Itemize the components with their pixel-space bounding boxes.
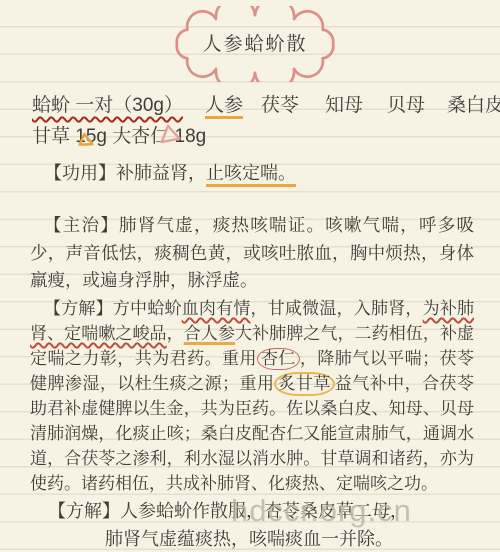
fangjie-underline-1: 血肉有情 [182,299,251,318]
ingredient-zhimu: 知母 [325,95,363,116]
fangjie-label: 【方解】 [44,299,113,318]
gongyong-highlight: 止咳定喘。 [206,163,296,183]
ingredient-beimu: 贝母 [387,95,425,116]
title-bubble: 人参蛤蚧散 [160,6,350,82]
ingredient-sangbaipi: 桑白皮 各6g [447,95,500,116]
gongyong-text: 补肺益肾， [116,163,206,183]
zhuzhi-paragraph: 【主治】肺肾气虚，痰热咳喘证。咳嗽气喘，呼多吸少，声音低怯，痰稠色黄，或咳吐脓血… [30,212,474,295]
fangjie-paragraph: 【方解】方中蛤蚧血肉有情，甘咸微温，入肺肾，为补肺肾、定喘嗽之峻品，合人参大补肺… [30,296,474,496]
ingredient-renshen: 人参 [205,95,243,116]
fangge-verse-2: 肺肾气虚蕴痰热，咳喘痰血一并除。 [105,529,393,549]
watermark: hdccr.org.cn [231,493,412,529]
fangjie-circled-zhigancao: 炙甘草 [274,372,334,396]
fangge-label: 【方解】 [48,501,120,521]
fangjie-circled-xingren: 杏仁 [257,348,300,370]
ingredient-gejie: 蛤蚧 一对（30g） [32,95,183,116]
fangjie-seg3: ， [167,324,184,343]
page-title: 人参蛤蚧散 [160,6,350,78]
gongyong-paragraph: 【功用】补肺益肾，止咳定喘。 [30,160,474,187]
orange-triangle-mark-icon [75,131,94,148]
gongyong-label: 【功用】 [44,163,116,183]
fangjie-seg1: 方中蛤蚧 [113,299,182,318]
ingredients-block: 蛤蚧 一对（30g）人参茯苓知母贝母桑白皮 各6g 甘草 15g 大杏仁 18g [32,90,482,152]
note-page: 人参蛤蚧散 蛤蚧 一对（30g）人参茯苓知母贝母桑白皮 各6g 甘草 15g 大… [0,0,500,552]
ingredients-line-2: 甘草 15g 大杏仁 18g [32,121,482,152]
ingredients-line-1: 蛤蚧 一对（30g）人参茯苓知母贝母桑白皮 各6g [32,90,482,121]
fangjie-seg2: ，甘咸微温，入肺肾， [251,299,423,318]
ingredient-fuling: 茯苓 [261,95,299,116]
fangjie-underline-3: 合人参 [184,324,235,343]
zhuzhi-label: 【主治】 [44,215,119,235]
fangge-line-2: 肺肾气虚蕴痰热，咳喘痰血一并除。 [48,529,393,549]
